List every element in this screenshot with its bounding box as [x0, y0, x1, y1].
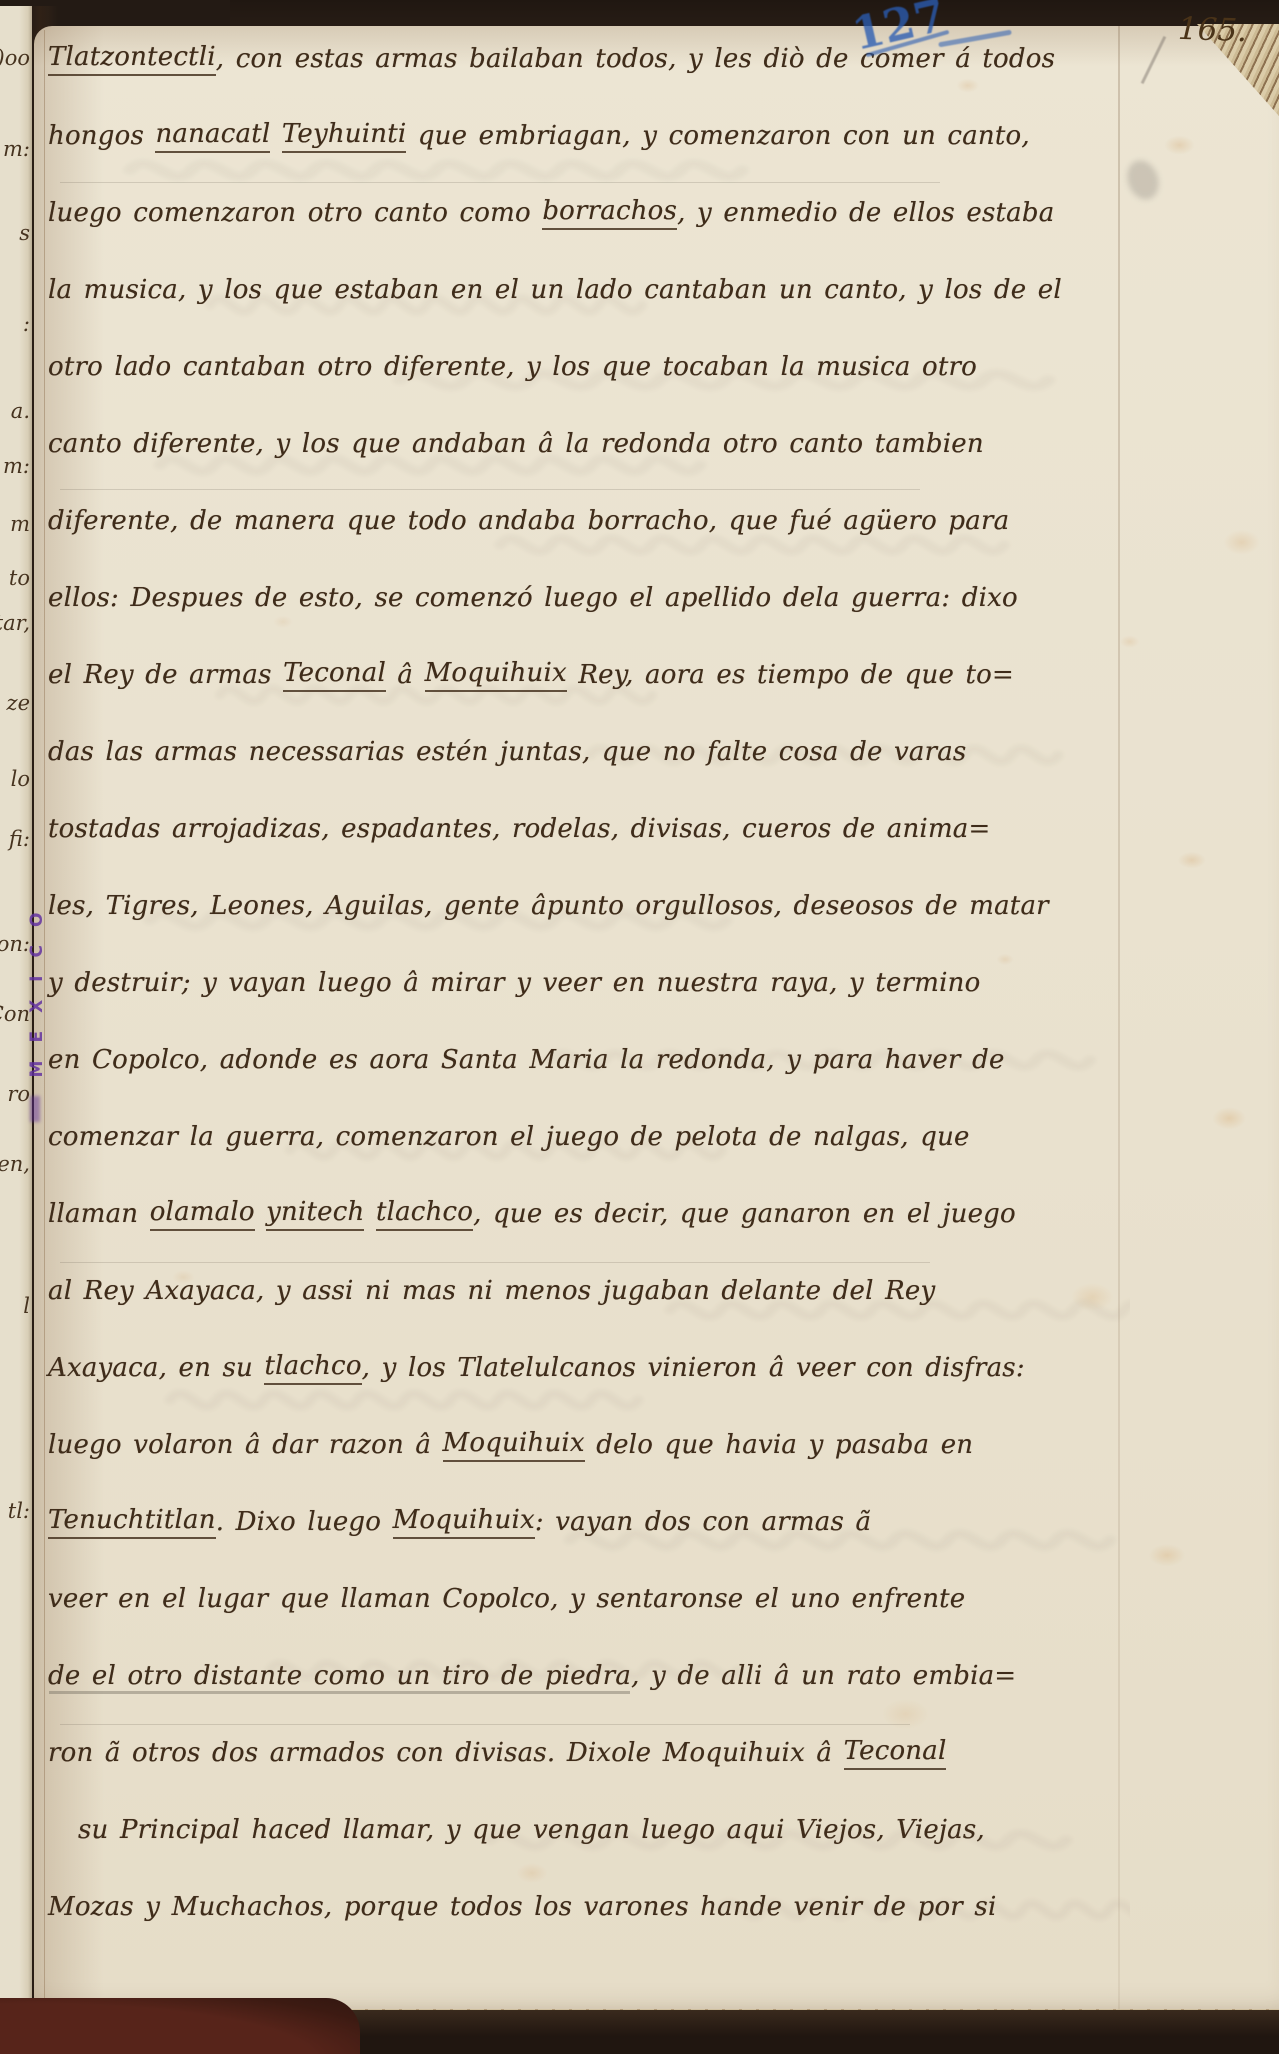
gutter-text-fragment: m: [10, 512, 30, 536]
manuscript-line: luego comenzaron otro canto como borrach…: [48, 174, 988, 251]
gutter-text-fragment: m:: [3, 454, 30, 478]
manuscript-text: comenzar la guerra, comenzaron el juego …: [48, 1122, 970, 1152]
manuscript-text: en Copolco, adonde es aora Santa Maria l…: [48, 1045, 1005, 1075]
manuscript-text: de el otro distante como un tiro de pied…: [48, 1661, 631, 1691]
manuscript-line: y destruir; y vayan luego â mirar y veer…: [48, 944, 988, 1021]
manuscript-line: ron ã otros dos armados con divisas. Dix…: [48, 1714, 988, 1791]
manuscript-text: luego volaron â dar razon â: [48, 1430, 443, 1460]
manuscript-photo: Tlatzontectli, con estas armas bailaban …: [0, 0, 1279, 2054]
underlined-word: Tlatzontectli: [48, 42, 216, 76]
manuscript-text: delo que havia y pasaba en: [585, 1430, 973, 1460]
manuscript-text: , y los Tlatelulcanos vinieron â veer co…: [362, 1353, 1025, 1383]
underlined-word: ynitech: [266, 1197, 364, 1231]
underlined-word: Teyhuinti: [282, 119, 407, 153]
manuscript-text: : vayan dos con armas ã: [535, 1507, 871, 1537]
underlined-word: Tenuchtitlan: [48, 1505, 216, 1539]
manuscript-text: ellos: Despues de esto, se comenzó luego…: [48, 583, 1018, 613]
folio-number-ink: 165.: [1177, 11, 1247, 49]
gutter-text-fragment: :: [23, 312, 30, 336]
underlined-word: Moquihuix: [393, 1505, 535, 1539]
manuscript-line: veer en el lugar que llaman Copolco, y s…: [48, 1560, 988, 1637]
manuscript-text: al Rey Axayaca, y assi ni mas ni menos j…: [48, 1276, 935, 1306]
underlined-word: Moquihuix: [425, 658, 567, 692]
binding-bottom-corner: [0, 1998, 360, 2054]
gutter-text-fragment: m:: [3, 137, 30, 161]
manuscript-text: tostadas arrojadizas, espadantes, rodela…: [48, 814, 990, 844]
manuscript-text: ron ã otros dos armados con divisas. Dix…: [48, 1738, 844, 1768]
manuscript-line: llaman olamalo ynitech tlachco, que es d…: [48, 1175, 988, 1252]
manuscript-line: Axayaca, en su tlachco, y los Tlatelulca…: [48, 1329, 988, 1406]
manuscript-text: â: [386, 660, 425, 690]
underlined-word: olamalo: [150, 1197, 255, 1231]
manuscript-text: el Rey de armas: [48, 660, 283, 690]
gutter-text-fragment: l: [23, 1294, 30, 1318]
manuscript-text: Mozas y Muchachos, porque todos los varo…: [48, 1892, 996, 1922]
manuscript-line: en Copolco, adonde es aora Santa Maria l…: [48, 1021, 988, 1098]
underlined-word: Moquihuix: [443, 1428, 585, 1462]
manuscript-text: les, Tigres, Leones, Aguilas, gente âpun…: [48, 891, 1049, 921]
manuscript-line: comenzar la guerra, comenzaron el juego …: [48, 1098, 988, 1175]
manuscript-line: ellos: Despues de esto, se comenzó luego…: [48, 559, 988, 636]
manuscript-line: Tlatzontectli, con estas armas bailaban …: [48, 20, 988, 97]
gutter-text-fragment: on:: [0, 932, 30, 956]
underlined-word: tlachco: [376, 1197, 473, 1231]
manuscript-line: de el otro distante como un tiro de pied…: [48, 1637, 988, 1714]
gutter-text-fragment: lo: [11, 767, 30, 791]
gutter-text-fragment: en,: [0, 1152, 30, 1176]
manuscript-text: veer en el lugar que llaman Copolco, y s…: [48, 1584, 965, 1614]
manuscript-text: , con estas armas bailaban todos, y les …: [216, 44, 1055, 74]
manuscript-line: Tenuchtitlan. Dixo luego Moquihuix: vaya…: [48, 1483, 988, 1560]
manuscript-text: su Principal haced llamar, y que vengan …: [78, 1815, 985, 1845]
manuscript-text-block: Tlatzontectli, con estas armas bailaban …: [48, 20, 988, 1945]
gutter-text-fragment: )oo: [0, 46, 30, 70]
underlined-word: nanacatl: [155, 119, 270, 153]
page-crease: [1118, 26, 1120, 2012]
manuscript-line: tostadas arrojadizas, espadantes, rodela…: [48, 790, 988, 867]
manuscript-text: luego comenzaron otro canto como: [48, 198, 542, 228]
underlined-word: borrachos: [542, 196, 677, 230]
manuscript-line: hongos nanacatl Teyhuinti que embriagan,…: [48, 97, 988, 174]
manuscript-line: otro lado cantaban otro diferente, y los…: [48, 328, 988, 405]
gutter-text-fragment: tar,: [0, 611, 30, 635]
manuscript-line: les, Tigres, Leones, Aguilas, gente âpun…: [48, 867, 988, 944]
manuscript-text: [364, 1199, 375, 1229]
manuscript-text: llaman: [48, 1199, 150, 1229]
gutter-text-fragment: to: [9, 566, 30, 590]
manuscript-text: das las armas necessarias estén juntas, …: [48, 737, 966, 767]
manuscript-line: su Principal haced llamar, y que vengan …: [48, 1791, 988, 1868]
manuscript-text: , que es decir, que ganaron en el juego: [473, 1199, 1016, 1229]
manuscript-text: que embriagan, y comenzaron con un canto…: [406, 121, 1029, 151]
manuscript-line: canto diferente, y los que andaban â la …: [48, 405, 988, 482]
manuscript-line: al Rey Axayaca, y assi ni mas ni menos j…: [48, 1252, 988, 1329]
library-stamp: MEXICO: [27, 871, 51, 1101]
manuscript-line: la musica, y los que estaban en el un la…: [48, 251, 988, 328]
manuscript-line: luego volaron â dar razon â Moquihuix de…: [48, 1406, 988, 1483]
manuscript-text: Rey, aora es tiempo de que to=: [567, 660, 1014, 690]
gutter-text-fragment: a.: [11, 399, 30, 423]
manuscript-text: hongos: [48, 121, 155, 151]
gutter-text-fragment: tl:: [8, 1499, 30, 1523]
gutter-text-fragment: fi:: [9, 827, 30, 851]
underlined-word: Teconal: [844, 1736, 947, 1770]
manuscript-text: canto diferente, y los que andaban â la …: [48, 429, 984, 459]
manuscript-text: la musica, y los que estaban en el un la…: [48, 275, 1062, 305]
manuscript-text: diferente, de manera que todo andaba bor…: [48, 506, 1009, 536]
manuscript-line: diferente, de manera que todo andaba bor…: [48, 482, 988, 559]
manuscript-text: . Dixo luego: [216, 1507, 393, 1537]
underlined-word: Teconal: [283, 658, 386, 692]
manuscript-text: otro lado cantaban otro diferente, y los…: [48, 352, 977, 382]
manuscript-text: [255, 1199, 266, 1229]
manuscript-line: Mozas y Muchachos, porque todos los varo…: [48, 1868, 988, 1945]
manuscript-text: , y enmedio de ellos estaba: [677, 198, 1054, 228]
gutter-text-fragment: s: [19, 221, 30, 245]
gutter-text-fragment: Con: [0, 1002, 30, 1026]
library-stamp-smudge: [30, 1096, 40, 1122]
manuscript-text: y destruir; y vayan luego â mirar y veer…: [48, 968, 980, 998]
gutter-text-fragment: ze: [7, 691, 31, 715]
underlined-word: tlachco: [264, 1351, 361, 1385]
manuscript-text: , y de alli â un rato embia=: [631, 1661, 1016, 1691]
manuscript-line: el Rey de armas Teconal â Moquihuix Rey,…: [48, 636, 988, 713]
manuscript-line: das las armas necessarias estén juntas, …: [48, 713, 988, 790]
manuscript-text: Axayaca, en su: [48, 1353, 264, 1383]
manuscript-text: [270, 121, 281, 151]
